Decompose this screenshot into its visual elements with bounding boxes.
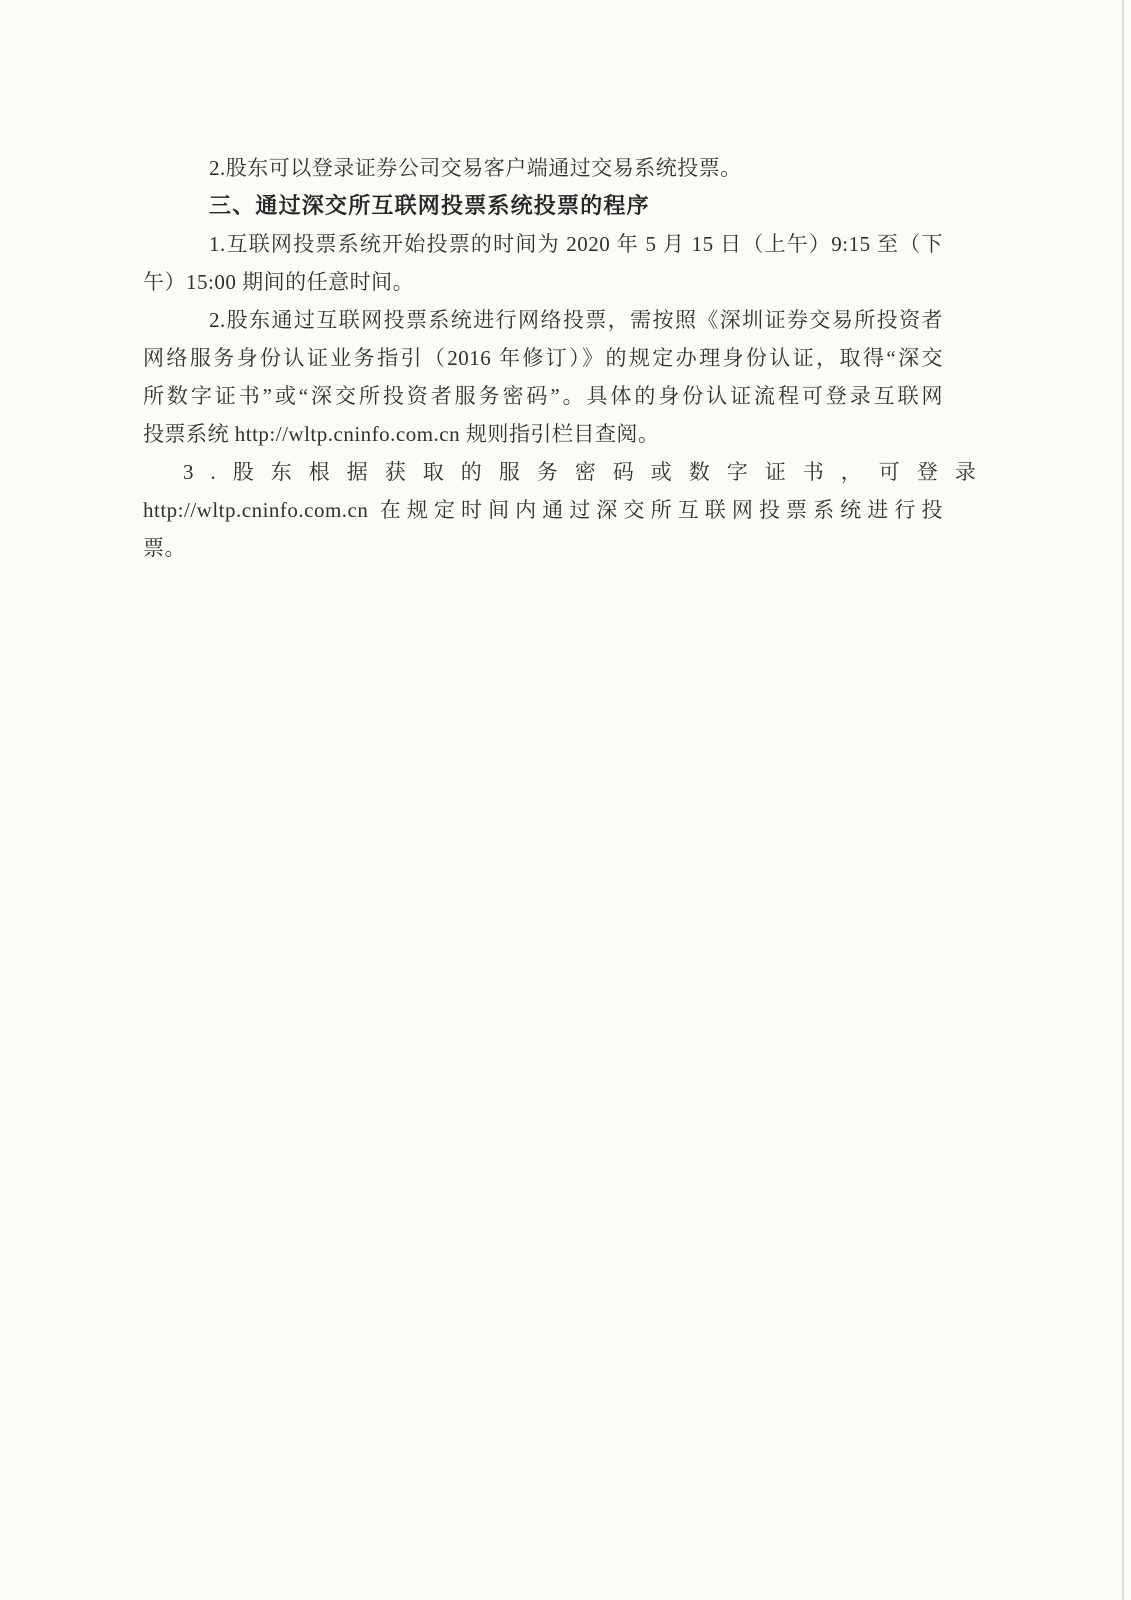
- doc-line-vote-time-2: 午）15:00 期间的任意时间。: [143, 263, 943, 301]
- section-3-heading: 三、通过深交所互联网投票系统投票的程序: [143, 187, 943, 225]
- doc-line-identity-3: 所数字证书”或“深交所投资者服务密码”。具体的身份认证流程可登录互联网: [143, 377, 943, 415]
- doc-line-vote-time-1: 1.互联网投票系统开始投票的时间为 2020 年 5 月 15 日（上午）9:1…: [143, 225, 943, 263]
- doc-line-login-1: 3.股东根据获取的服务密码或数字证书，可登录: [183, 453, 943, 491]
- doc-line-identity-2: 网络服务身份认证业务指引（2016 年修订）》的规定办理身份认证，取得“深交: [143, 339, 943, 377]
- document-text-block: 2.股东可以登录证券公司交易客户端通过交易系统投票。 三、通过深交所互联网投票系…: [143, 149, 943, 567]
- doc-line-trading-system-vote: 2.股东可以登录证券公司交易客户端通过交易系统投票。: [143, 149, 943, 187]
- scanned-document-page: 2.股东可以登录证券公司交易客户端通过交易系统投票。 三、通过深交所互联网投票系…: [0, 0, 1131, 1600]
- doc-line-login-2: http://wltp.cninfo.com.cn 在规定时间内通过深交所互联网…: [143, 491, 943, 529]
- doc-line-login-3: 票。: [143, 529, 943, 567]
- doc-line-identity-1: 2.股东通过互联网投票系统进行网络投票，需按照《深圳证券交易所投资者: [143, 301, 943, 339]
- scan-edge-line: [1122, 0, 1124, 1600]
- doc-line-identity-4: 投票系统 http://wltp.cninfo.com.cn 规则指引栏目查阅。: [143, 415, 943, 453]
